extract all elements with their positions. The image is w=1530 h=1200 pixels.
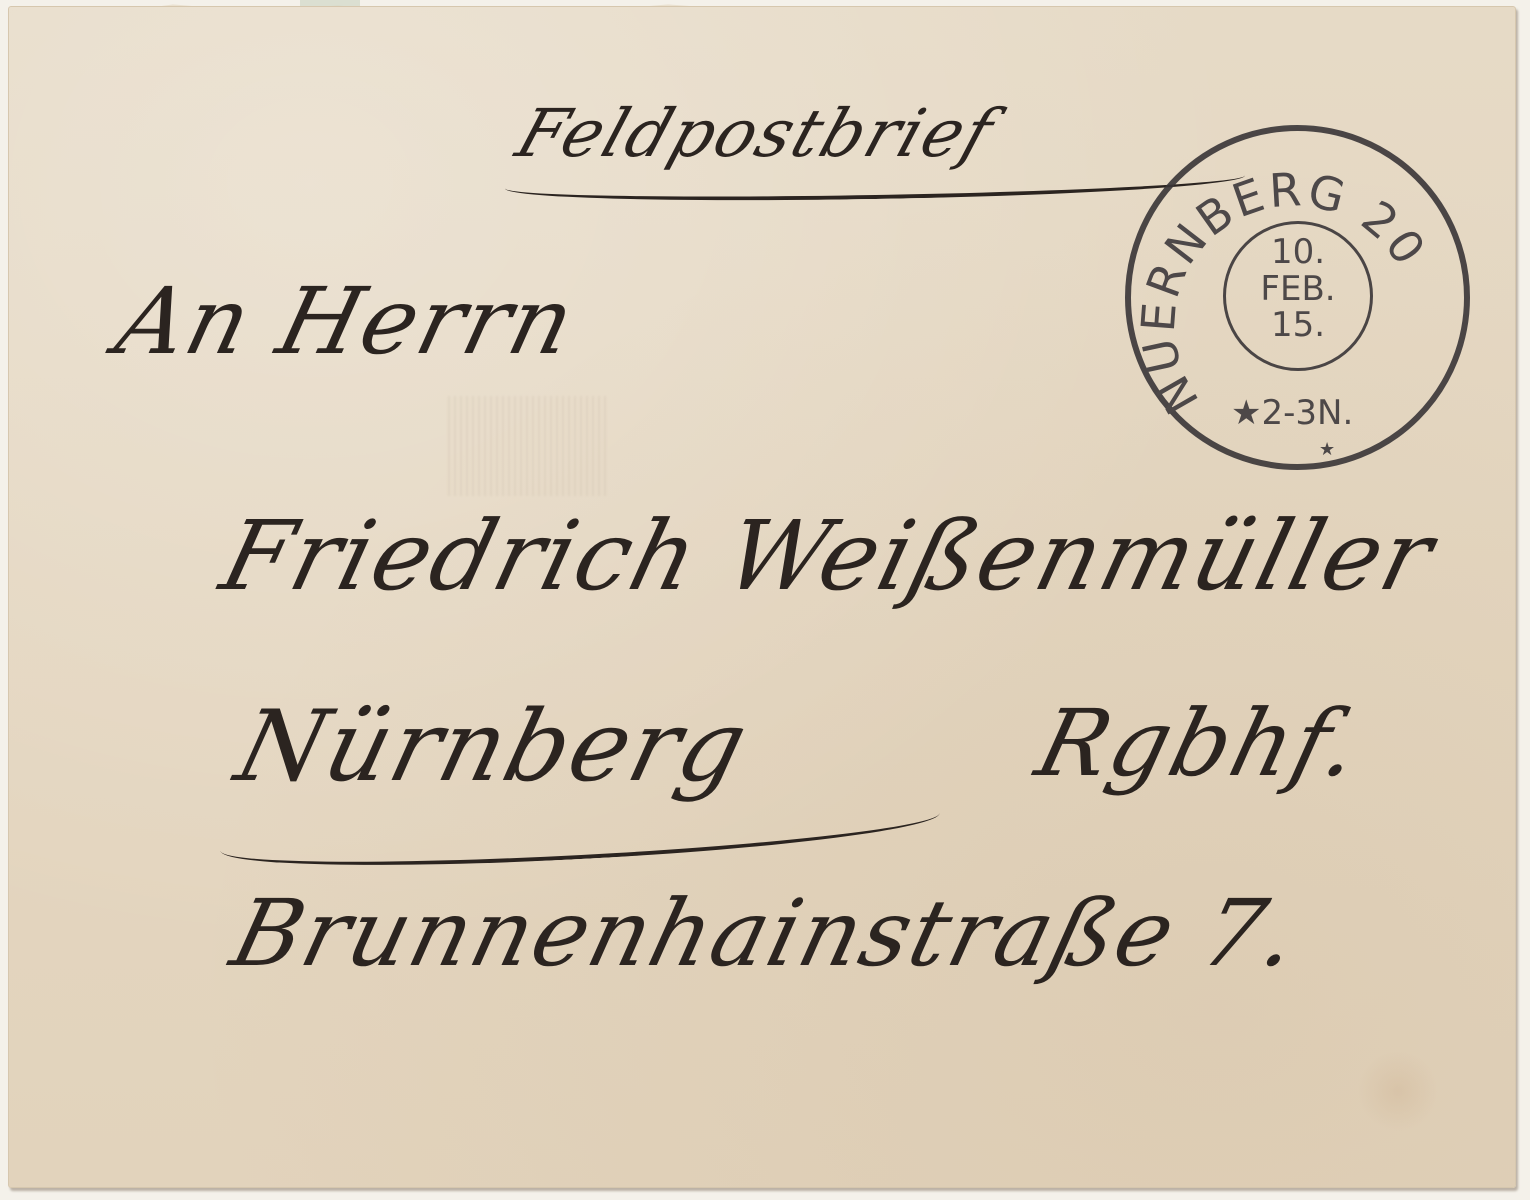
star-icon: ★ bbox=[1319, 439, 1335, 460]
postmark-time: ★2-3N. bbox=[1231, 393, 1353, 433]
postmark-year: 15. bbox=[1226, 307, 1370, 344]
postmark-month: FEB. bbox=[1226, 271, 1370, 308]
salutation: An Herrn bbox=[107, 268, 587, 375]
recipient-district: Rgbhf. bbox=[1027, 690, 1372, 797]
recipient-street: Brunnenhainstraße 7. bbox=[222, 880, 1310, 987]
heading-feldpostbrief: Feldpostbrief bbox=[507, 95, 1003, 172]
postmark-stamp: NUERNBERG 20 10. FEB. 15. ★2-3N. ★ bbox=[1125, 125, 1470, 470]
faint-offset-print bbox=[448, 396, 608, 496]
recipient-name: Friedrich Weißenmüller bbox=[211, 500, 1445, 612]
postmark-day: 10. bbox=[1226, 234, 1370, 271]
recipient-city: Nürnberg bbox=[226, 690, 760, 804]
postmark-date-circle: 10. FEB. 15. bbox=[1223, 221, 1373, 371]
